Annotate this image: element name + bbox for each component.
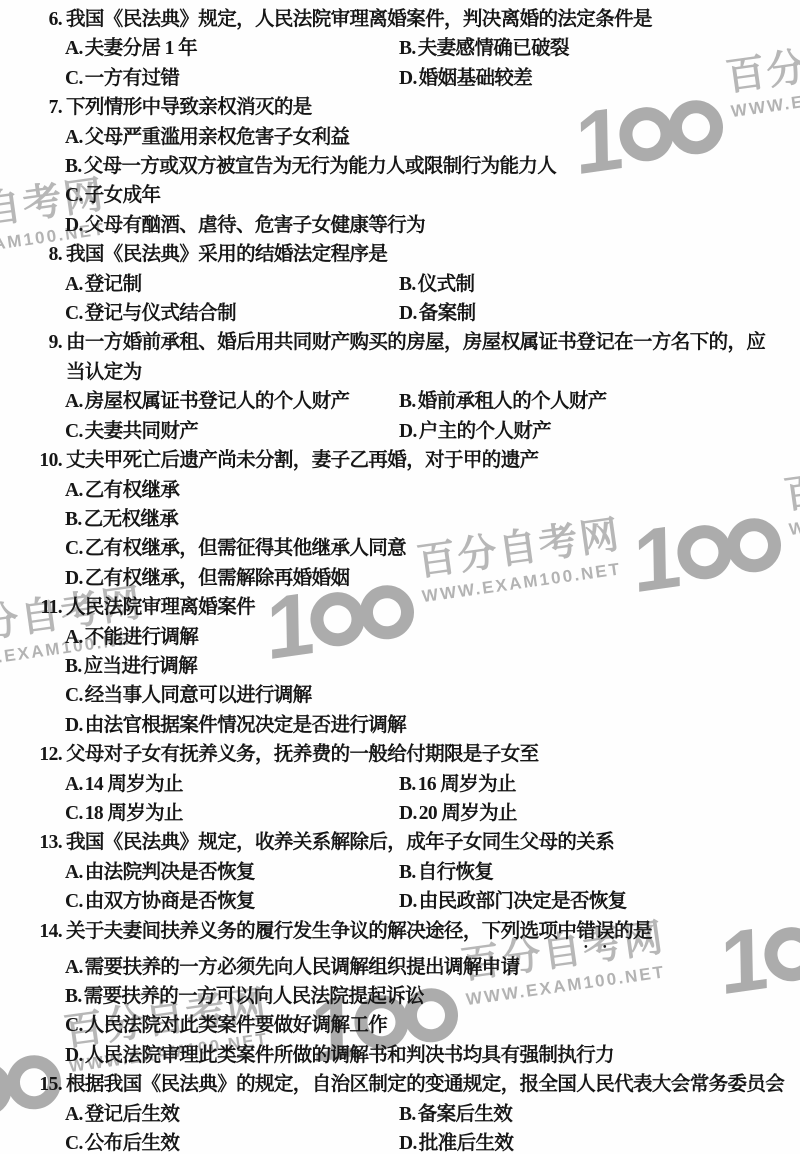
option-text: 户主的个人财产: [419, 421, 551, 442]
option: C.公布后生效: [65, 1129, 399, 1154]
option-label: D.: [65, 568, 83, 589]
option: B.乙无权继承: [65, 505, 800, 534]
option-label: A.: [65, 774, 83, 795]
option-row: B.乙无权继承: [0, 505, 800, 534]
questions-list: 6.我国《民法典》规定，人民法院审理离婚案件，判决离婚的法定条件是A.夫妻分居 …: [0, 0, 800, 1154]
option: D.批准后生效: [399, 1129, 513, 1154]
option-row: C.一方有过错D.婚姻基础较差: [0, 64, 800, 93]
option-row: D.人民法院审理此类案件所做的调解书和判决书均具有强制执行力: [0, 1041, 800, 1070]
option-label: B.: [399, 1104, 416, 1125]
option-text: 人民法院对此类案件要做好调解工作: [85, 1015, 387, 1036]
question-line: 15.根据我国《民法典》的规定，自治区制定的变通规定，报全国人民代表大会常务委员…: [0, 1070, 800, 1099]
option: D.备案制: [399, 299, 475, 328]
option-row: C.乙有权继承，但需征得其他继承人同意: [0, 534, 800, 563]
option-text: 登记后生效: [85, 1104, 180, 1125]
option-text: 乙有权继承，但需征得其他继承人同意: [85, 538, 406, 559]
option: A.需要扶养的一方必须先向人民调解组织提出调解申请: [65, 953, 800, 982]
option-text: 夫妻共同财产: [85, 421, 198, 442]
option-row: A.不能进行调解: [0, 623, 800, 652]
option-text: 20 周岁为止: [419, 803, 517, 824]
question-text: 丈夫甲死亡后遗产尚未分割，妻子乙再婚，对于甲的遗产: [66, 450, 539, 471]
option-label: B.: [399, 774, 416, 795]
option: A.房屋权属证书登记人的个人财产: [65, 387, 399, 416]
option-text: 夫妻感情确已破裂: [418, 38, 569, 59]
option: A.由法院判决是否恢复: [65, 858, 399, 887]
question-text: 下列情形中导致亲权消灭的是: [66, 97, 312, 118]
option: D.由民政部门决定是否恢复: [399, 887, 627, 916]
option-label: D.: [399, 303, 417, 324]
option-label: A.: [65, 862, 83, 883]
option-text: 父母严重滥用亲权危害子女利益: [85, 127, 350, 148]
question-line: 12.父母对子女有抚养义务，抚养费的一般给付期限是子女至: [0, 740, 800, 769]
option: D.父母有酗酒、虐待、危害子女健康等行为: [65, 211, 800, 240]
option: B.应当进行调解: [65, 652, 800, 681]
question-number: 9.: [32, 328, 62, 357]
option-text: 父母一方或双方被宣告为无行为能力人或限制行为能力人: [84, 156, 557, 177]
option: B.16 周岁为止: [399, 770, 516, 799]
option-label: C.: [65, 185, 83, 206]
question-number: 12.: [32, 740, 62, 769]
option: B.婚前承租人的个人财产: [399, 387, 607, 416]
question-number: 14.: [32, 917, 62, 946]
question-text: 由一方婚前承租、婚后用共同财产购买的房屋，房屋权属证书登记在一方名下的，应 当认…: [66, 332, 765, 382]
option-label: C.: [65, 303, 83, 324]
option: C.登记与仪式结合制: [65, 299, 399, 328]
option-row: A.14 周岁为止B.16 周岁为止: [0, 770, 800, 799]
question-text: 我国《民法典》采用的结婚法定程序是: [66, 244, 387, 265]
option-text: 夫妻分居 1 年: [85, 38, 197, 59]
question-text: 错误: [576, 921, 614, 942]
question-number: 10.: [32, 446, 62, 475]
option: A.乙有权继承: [65, 476, 800, 505]
option-label: C.: [65, 891, 83, 912]
option-label: B.: [399, 391, 416, 412]
option-row: A.房屋权属证书登记人的个人财产B.婚前承租人的个人财产: [0, 387, 800, 416]
option-row: C.登记与仪式结合制D.备案制: [0, 299, 800, 328]
question-line: 7.下列情形中导致亲权消灭的是: [0, 93, 800, 122]
question-text: 关于夫妻间扶养义务的履行发生争议的解决途径，下列选项中: [66, 921, 576, 942]
option-text: 公布后生效: [85, 1133, 180, 1154]
option-row: B.需要扶养的一方可以向人民法院提起诉讼: [0, 982, 800, 1011]
question-text: 根据我国《民法典》的规定，自治区制定的变通规定，报全国人民代表大会常务委员会: [66, 1074, 784, 1095]
option-row: D.父母有酗酒、虐待、危害子女健康等行为: [0, 211, 800, 240]
option-row: A.登记制B.仪式制: [0, 270, 800, 299]
option-label: B.: [399, 38, 416, 59]
option: A.14 周岁为止: [65, 770, 399, 799]
option-text: 批准后生效: [419, 1133, 514, 1154]
option-label: A.: [65, 38, 83, 59]
option-label: A.: [65, 627, 83, 648]
option-label: B.: [65, 656, 82, 677]
option: A.父母严重滥用亲权危害子女利益: [65, 123, 800, 152]
option: C.夫妻共同财产: [65, 417, 399, 446]
option-label: B.: [65, 509, 82, 530]
option-row: A.夫妻分居 1 年B.夫妻感情确已破裂: [0, 34, 800, 63]
option-label: D.: [65, 715, 83, 736]
option-text: 自行恢复: [418, 862, 494, 883]
option-text: 人民法院审理此类案件所做的调解书和判决书均具有强制执行力: [85, 1045, 614, 1066]
option-row: A.父母严重滥用亲权危害子女利益: [0, 123, 800, 152]
option-label: C.: [65, 685, 83, 706]
option-text: 备案后生效: [418, 1104, 513, 1125]
question-text: 的是: [614, 921, 652, 942]
option-text: 需要扶养的一方必须先向人民调解组织提出调解申请: [85, 957, 520, 978]
option-row: C.子女成年: [0, 181, 800, 210]
option: C.一方有过错: [65, 64, 399, 93]
option-text: 经当事人同意可以进行调解: [85, 685, 312, 706]
option-label: A.: [65, 274, 83, 295]
option: C.人民法院对此类案件要做好调解工作: [65, 1011, 800, 1040]
option: D.户主的个人财产: [399, 417, 551, 446]
option: D.人民法院审理此类案件所做的调解书和判决书均具有强制执行力: [65, 1041, 800, 1070]
option-text: 婚前承租人的个人财产: [418, 391, 607, 412]
option-text: 乙无权继承: [84, 509, 179, 530]
option-row: C.夫妻共同财产D.户主的个人财产: [0, 417, 800, 446]
question-line: 9.由一方婚前承租、婚后用共同财产购买的房屋，房屋权属证书登记在一方名下的，应 …: [0, 328, 800, 387]
option: B.夫妻感情确已破裂: [399, 34, 569, 63]
option-label: A.: [65, 127, 83, 148]
option: A.登记制: [65, 270, 399, 299]
option: B.需要扶养的一方可以向人民法院提起诉讼: [65, 982, 800, 1011]
option-label: C.: [65, 68, 83, 89]
option: A.不能进行调解: [65, 623, 800, 652]
question-line: 13.我国《民法典》规定，收养关系解除后，成年子女同生父母的关系: [0, 828, 800, 857]
option-label: D.: [399, 803, 417, 824]
option-row: A.由法院判决是否恢复B.自行恢复: [0, 858, 800, 887]
option-text: 一方有过错: [85, 68, 180, 89]
option-row: A.登记后生效B.备案后生效: [0, 1100, 800, 1129]
option-row: C.人民法院对此类案件要做好调解工作: [0, 1011, 800, 1040]
option-label: D.: [399, 68, 417, 89]
option-text: 由法官根据案件情况决定是否进行调解: [85, 715, 406, 736]
option-text: 子女成年: [85, 185, 161, 206]
option-row: A.需要扶养的一方必须先向人民调解组织提出调解申请: [0, 953, 800, 982]
option: D.20 周岁为止: [399, 799, 517, 828]
question-number: 6.: [32, 5, 62, 34]
option-row: C.由双方协商是否恢复D.由民政部门决定是否恢复: [0, 887, 800, 916]
question-line: 8.我国《民法典》采用的结婚法定程序是: [0, 240, 800, 269]
option: B.父母一方或双方被宣告为无行为能力人或限制行为能力人: [65, 152, 800, 181]
option-label: B.: [65, 156, 82, 177]
option-text: 登记与仪式结合制: [85, 303, 236, 324]
option-row: C.18 周岁为止D.20 周岁为止: [0, 799, 800, 828]
option-label: B.: [399, 862, 416, 883]
question-number: 11.: [32, 593, 62, 622]
question-number: 15.: [32, 1070, 62, 1099]
option-label: D.: [399, 1133, 417, 1154]
option-row: C.公布后生效D.批准后生效: [0, 1129, 800, 1154]
option-label: A.: [65, 391, 83, 412]
option-row: B.父母一方或双方被宣告为无行为能力人或限制行为能力人: [0, 152, 800, 181]
option-label: A.: [65, 480, 83, 501]
question-line: 6.我国《民法典》规定，人民法院审理离婚案件，判决离婚的法定条件是: [0, 5, 800, 34]
option-text: 登记制: [85, 274, 142, 295]
option: D.婚姻基础较差: [399, 64, 532, 93]
option-label: A.: [65, 957, 83, 978]
option-row: B.应当进行调解: [0, 652, 800, 681]
option-row: C.经当事人同意可以进行调解: [0, 681, 800, 710]
option-text: 由民政部门决定是否恢复: [419, 891, 627, 912]
question-number: 13.: [32, 828, 62, 857]
option-text: 父母有酗酒、虐待、危害子女健康等行为: [85, 215, 425, 236]
option-label: C.: [65, 1015, 83, 1036]
question-number: 8.: [32, 240, 62, 269]
question-line: 14.关于夫妻间扶养义务的履行发生争议的解决途径，下列选项中错误的是: [0, 917, 800, 953]
option-text: 由双方协商是否恢复: [85, 891, 255, 912]
option: C.由双方协商是否恢复: [65, 887, 399, 916]
option-text: 不能进行调解: [85, 627, 198, 648]
option-label: D.: [65, 215, 83, 236]
question-text: 人民法院审理离婚案件: [66, 597, 255, 618]
question-line: 10.丈夫甲死亡后遗产尚未分割，妻子乙再婚，对于甲的遗产: [0, 446, 800, 475]
option-text: 乙有权继承，但需解除再婚婚姻: [85, 568, 350, 589]
option: A.登记后生效: [65, 1100, 399, 1129]
option: A.夫妻分居 1 年: [65, 34, 399, 63]
option: D.乙有权继承，但需解除再婚婚姻: [65, 564, 800, 593]
option-label: D.: [399, 421, 417, 442]
option-text: 14 周岁为止: [85, 774, 183, 795]
option-label: B.: [65, 986, 82, 1007]
option: B.备案后生效: [399, 1100, 512, 1129]
option-row: D.由法官根据案件情况决定是否进行调解: [0, 711, 800, 740]
option: B.自行恢复: [399, 858, 493, 887]
option-text: 仪式制: [418, 274, 475, 295]
option-text: 16 周岁为止: [418, 774, 516, 795]
option-label: C.: [65, 1133, 83, 1154]
option-text: 备案制: [419, 303, 476, 324]
option: C.经当事人同意可以进行调解: [65, 681, 800, 710]
option-text: 应当进行调解: [84, 656, 197, 677]
option-row: D.乙有权继承，但需解除再婚婚姻: [0, 564, 800, 593]
option: D.由法官根据案件情况决定是否进行调解: [65, 711, 800, 740]
option-label: D.: [65, 1045, 83, 1066]
question-line: 11.人民法院审理离婚案件: [0, 593, 800, 622]
option-row: A.乙有权继承: [0, 476, 800, 505]
option-label: C.: [65, 803, 83, 824]
exam-page: 1百分自考网WWW.EXAM100.NET1百分自考网WWW.EXAM100.N…: [0, 0, 800, 1154]
option: C.子女成年: [65, 181, 800, 210]
option-label: D.: [399, 891, 417, 912]
option-text: 需要扶养的一方可以向人民法院提起诉讼: [84, 986, 424, 1007]
option: C.乙有权继承，但需征得其他继承人同意: [65, 534, 800, 563]
option-label: C.: [65, 538, 83, 559]
option-text: 房屋权属证书登记人的个人财产: [85, 391, 350, 412]
question-number: 7.: [32, 93, 62, 122]
option-label: B.: [399, 274, 416, 295]
question-text: 我国《民法典》规定，人民法院审理离婚案件，判决离婚的法定条件是: [66, 9, 652, 30]
option: C.18 周岁为止: [65, 799, 399, 828]
question-text: 父母对子女有抚养义务，抚养费的一般给付期限是子女至: [66, 744, 539, 765]
option-text: 18 周岁为止: [85, 803, 183, 824]
question-text: 我国《民法典》规定，收养关系解除后，成年子女同生父母的关系: [66, 832, 614, 853]
option-text: 乙有权继承: [85, 480, 180, 501]
option-label: A.: [65, 1104, 83, 1125]
option-text: 由法院判决是否恢复: [85, 862, 255, 883]
option-label: C.: [65, 421, 83, 442]
option: B.仪式制: [399, 270, 474, 299]
option-text: 婚姻基础较差: [419, 68, 532, 89]
